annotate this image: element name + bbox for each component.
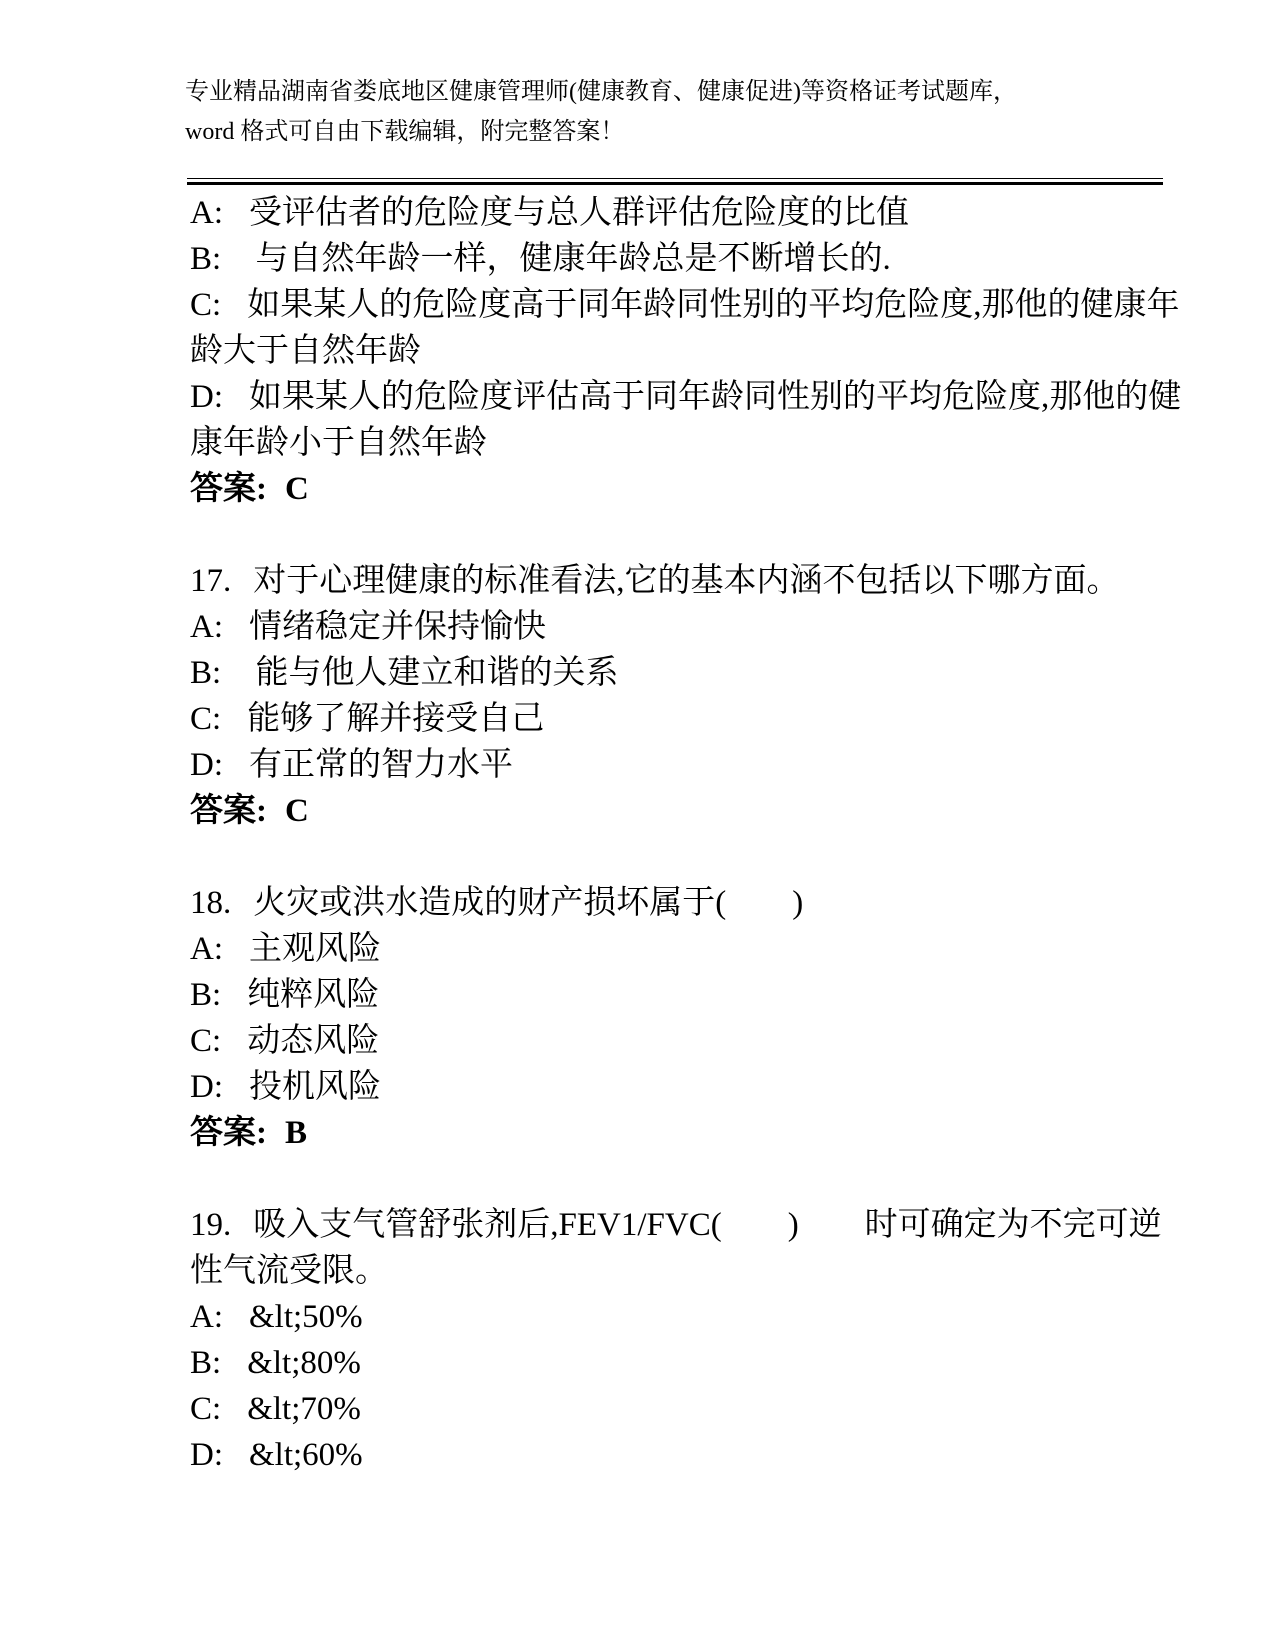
question-text: 火灾或洪水造成的财产损坏属于( ) bbox=[253, 885, 803, 921]
question-number: 18. bbox=[190, 885, 231, 921]
option-label: C: bbox=[190, 1023, 221, 1059]
option-text: 能与他人建立和谐的关系 bbox=[247, 655, 618, 691]
option-line: A:受评估者的危险度与总人群评估危险度的比值 bbox=[190, 190, 1190, 236]
document-body: A:受评估者的危险度与总人群评估危险度的比值B: 与自然年龄一样，健康年龄总是不… bbox=[190, 190, 1190, 1478]
question-block: 19.吸入支气管舒张剂后,FEV1/FVC( ) 时可确定为不完可逆性气流受限。… bbox=[190, 1202, 1190, 1478]
option-line: B:&lt;80% bbox=[190, 1340, 1190, 1386]
option-text: 受评估者的危险度与总人群评估危险度的比值 bbox=[249, 195, 909, 231]
option-text: 主观风险 bbox=[249, 931, 381, 967]
option-text: 纯粹风险 bbox=[247, 977, 379, 1013]
question-text: 对于心理健康的标准看法,它的基本内涵不包括以下哪方面。 bbox=[253, 563, 1119, 599]
option-label: B: bbox=[190, 241, 221, 277]
option-line: D:如果某人的危险度评估高于同年龄同性别的平均危险度,那他的健康年龄小于自然年龄 bbox=[190, 374, 1190, 466]
answer-label: 答案: bbox=[190, 1115, 267, 1151]
option-text: 有正常的智力水平 bbox=[249, 747, 513, 783]
option-line: D:投机风险 bbox=[190, 1064, 1190, 1110]
question-block: A:受评估者的危险度与总人群评估危险度的比值B: 与自然年龄一样，健康年龄总是不… bbox=[190, 190, 1190, 512]
option-text: 如果某人的危险度高于同年龄同性别的平均危险度,那他的健康年龄大于自然年龄 bbox=[190, 287, 1179, 369]
answer-value: C bbox=[285, 793, 309, 829]
answer-value: C bbox=[285, 471, 309, 507]
question-line: 18.火灾或洪水造成的财产损坏属于( ) bbox=[190, 880, 1190, 926]
option-text: &lt;80% bbox=[247, 1345, 361, 1381]
option-label: C: bbox=[190, 701, 221, 737]
option-line: C:动态风险 bbox=[190, 1018, 1190, 1064]
question-text: 吸入支气管舒张剂后,FEV1/FVC( ) 时可确定为不完可逆性气流受限。 bbox=[190, 1207, 1162, 1289]
option-label: B: bbox=[190, 655, 221, 691]
answer-line: 答案:C bbox=[190, 788, 1190, 834]
question-line: 17.对于心理健康的标准看法,它的基本内涵不包括以下哪方面。 bbox=[190, 558, 1190, 604]
question-line: 19.吸入支气管舒张剂后,FEV1/FVC( ) 时可确定为不完可逆性气流受限。 bbox=[190, 1202, 1190, 1294]
answer-label: 答案: bbox=[190, 793, 267, 829]
option-label: A: bbox=[190, 195, 223, 231]
option-line: A:&lt;50% bbox=[190, 1294, 1190, 1340]
option-label: A: bbox=[190, 931, 223, 967]
option-text: 能够了解并接受自己 bbox=[247, 701, 544, 737]
option-line: B:纯粹风险 bbox=[190, 972, 1190, 1018]
option-line: D:&lt;60% bbox=[190, 1432, 1190, 1478]
option-label: D: bbox=[190, 1437, 223, 1473]
option-label: C: bbox=[190, 287, 221, 323]
option-text: 动态风险 bbox=[247, 1023, 379, 1059]
question-number: 19. bbox=[190, 1207, 231, 1243]
option-line: B: 能与他人建立和谐的关系 bbox=[190, 650, 1190, 696]
option-text: 投机风险 bbox=[249, 1069, 381, 1105]
option-text: 如果某人的危险度评估高于同年龄同性别的平均危险度,那他的健康年龄小于自然年龄 bbox=[190, 379, 1181, 461]
option-line: D:有正常的智力水平 bbox=[190, 742, 1190, 788]
page-header: 专业精品湖南省娄底地区健康管理师(健康教育、健康促进)等资格证考试题库， wor… bbox=[185, 72, 1165, 152]
option-text: &lt;60% bbox=[249, 1437, 363, 1473]
option-text: 与自然年龄一样，健康年龄总是不断增长的. bbox=[247, 241, 891, 277]
document-page: 专业精品湖南省娄底地区健康管理师(健康教育、健康促进)等资格证考试题库， wor… bbox=[0, 0, 1275, 1650]
option-text: 情绪稳定并保持愉快 bbox=[249, 609, 546, 645]
option-line: C:&lt;70% bbox=[190, 1386, 1190, 1432]
option-label: D: bbox=[190, 379, 223, 415]
option-line: A:情绪稳定并保持愉快 bbox=[190, 604, 1190, 650]
answer-line: 答案:B bbox=[190, 1110, 1190, 1156]
option-label: B: bbox=[190, 1345, 221, 1381]
answer-label: 答案: bbox=[190, 471, 267, 507]
option-text: &lt;70% bbox=[247, 1391, 361, 1427]
option-line: C:能够了解并接受自己 bbox=[190, 696, 1190, 742]
option-text: &lt;50% bbox=[249, 1299, 363, 1335]
option-label: A: bbox=[190, 609, 223, 645]
option-line: C:如果某人的危险度高于同年龄同性别的平均危险度,那他的健康年龄大于自然年龄 bbox=[190, 282, 1190, 374]
option-label: D: bbox=[190, 747, 223, 783]
question-number: 17. bbox=[190, 563, 231, 599]
header-line-2: word 格式可自由下载编辑，附完整答案！ bbox=[185, 112, 1165, 152]
option-label: C: bbox=[190, 1391, 221, 1427]
answer-value: B bbox=[285, 1115, 307, 1151]
option-label: D: bbox=[190, 1069, 223, 1105]
question-block: 17.对于心理健康的标准看法,它的基本内涵不包括以下哪方面。A:情绪稳定并保持愉… bbox=[190, 558, 1190, 834]
option-label: B: bbox=[190, 977, 221, 1013]
option-line: B: 与自然年龄一样，健康年龄总是不断增长的. bbox=[190, 236, 1190, 282]
answer-line: 答案:C bbox=[190, 466, 1190, 512]
option-label: A: bbox=[190, 1299, 223, 1335]
header-line-1: 专业精品湖南省娄底地区健康管理师(健康教育、健康促进)等资格证考试题库， bbox=[185, 72, 1165, 112]
option-line: A:主观风险 bbox=[190, 926, 1190, 972]
header-divider bbox=[187, 178, 1163, 185]
question-block: 18.火灾或洪水造成的财产损坏属于( )A:主观风险B:纯粹风险C:动态风险D:… bbox=[190, 880, 1190, 1156]
